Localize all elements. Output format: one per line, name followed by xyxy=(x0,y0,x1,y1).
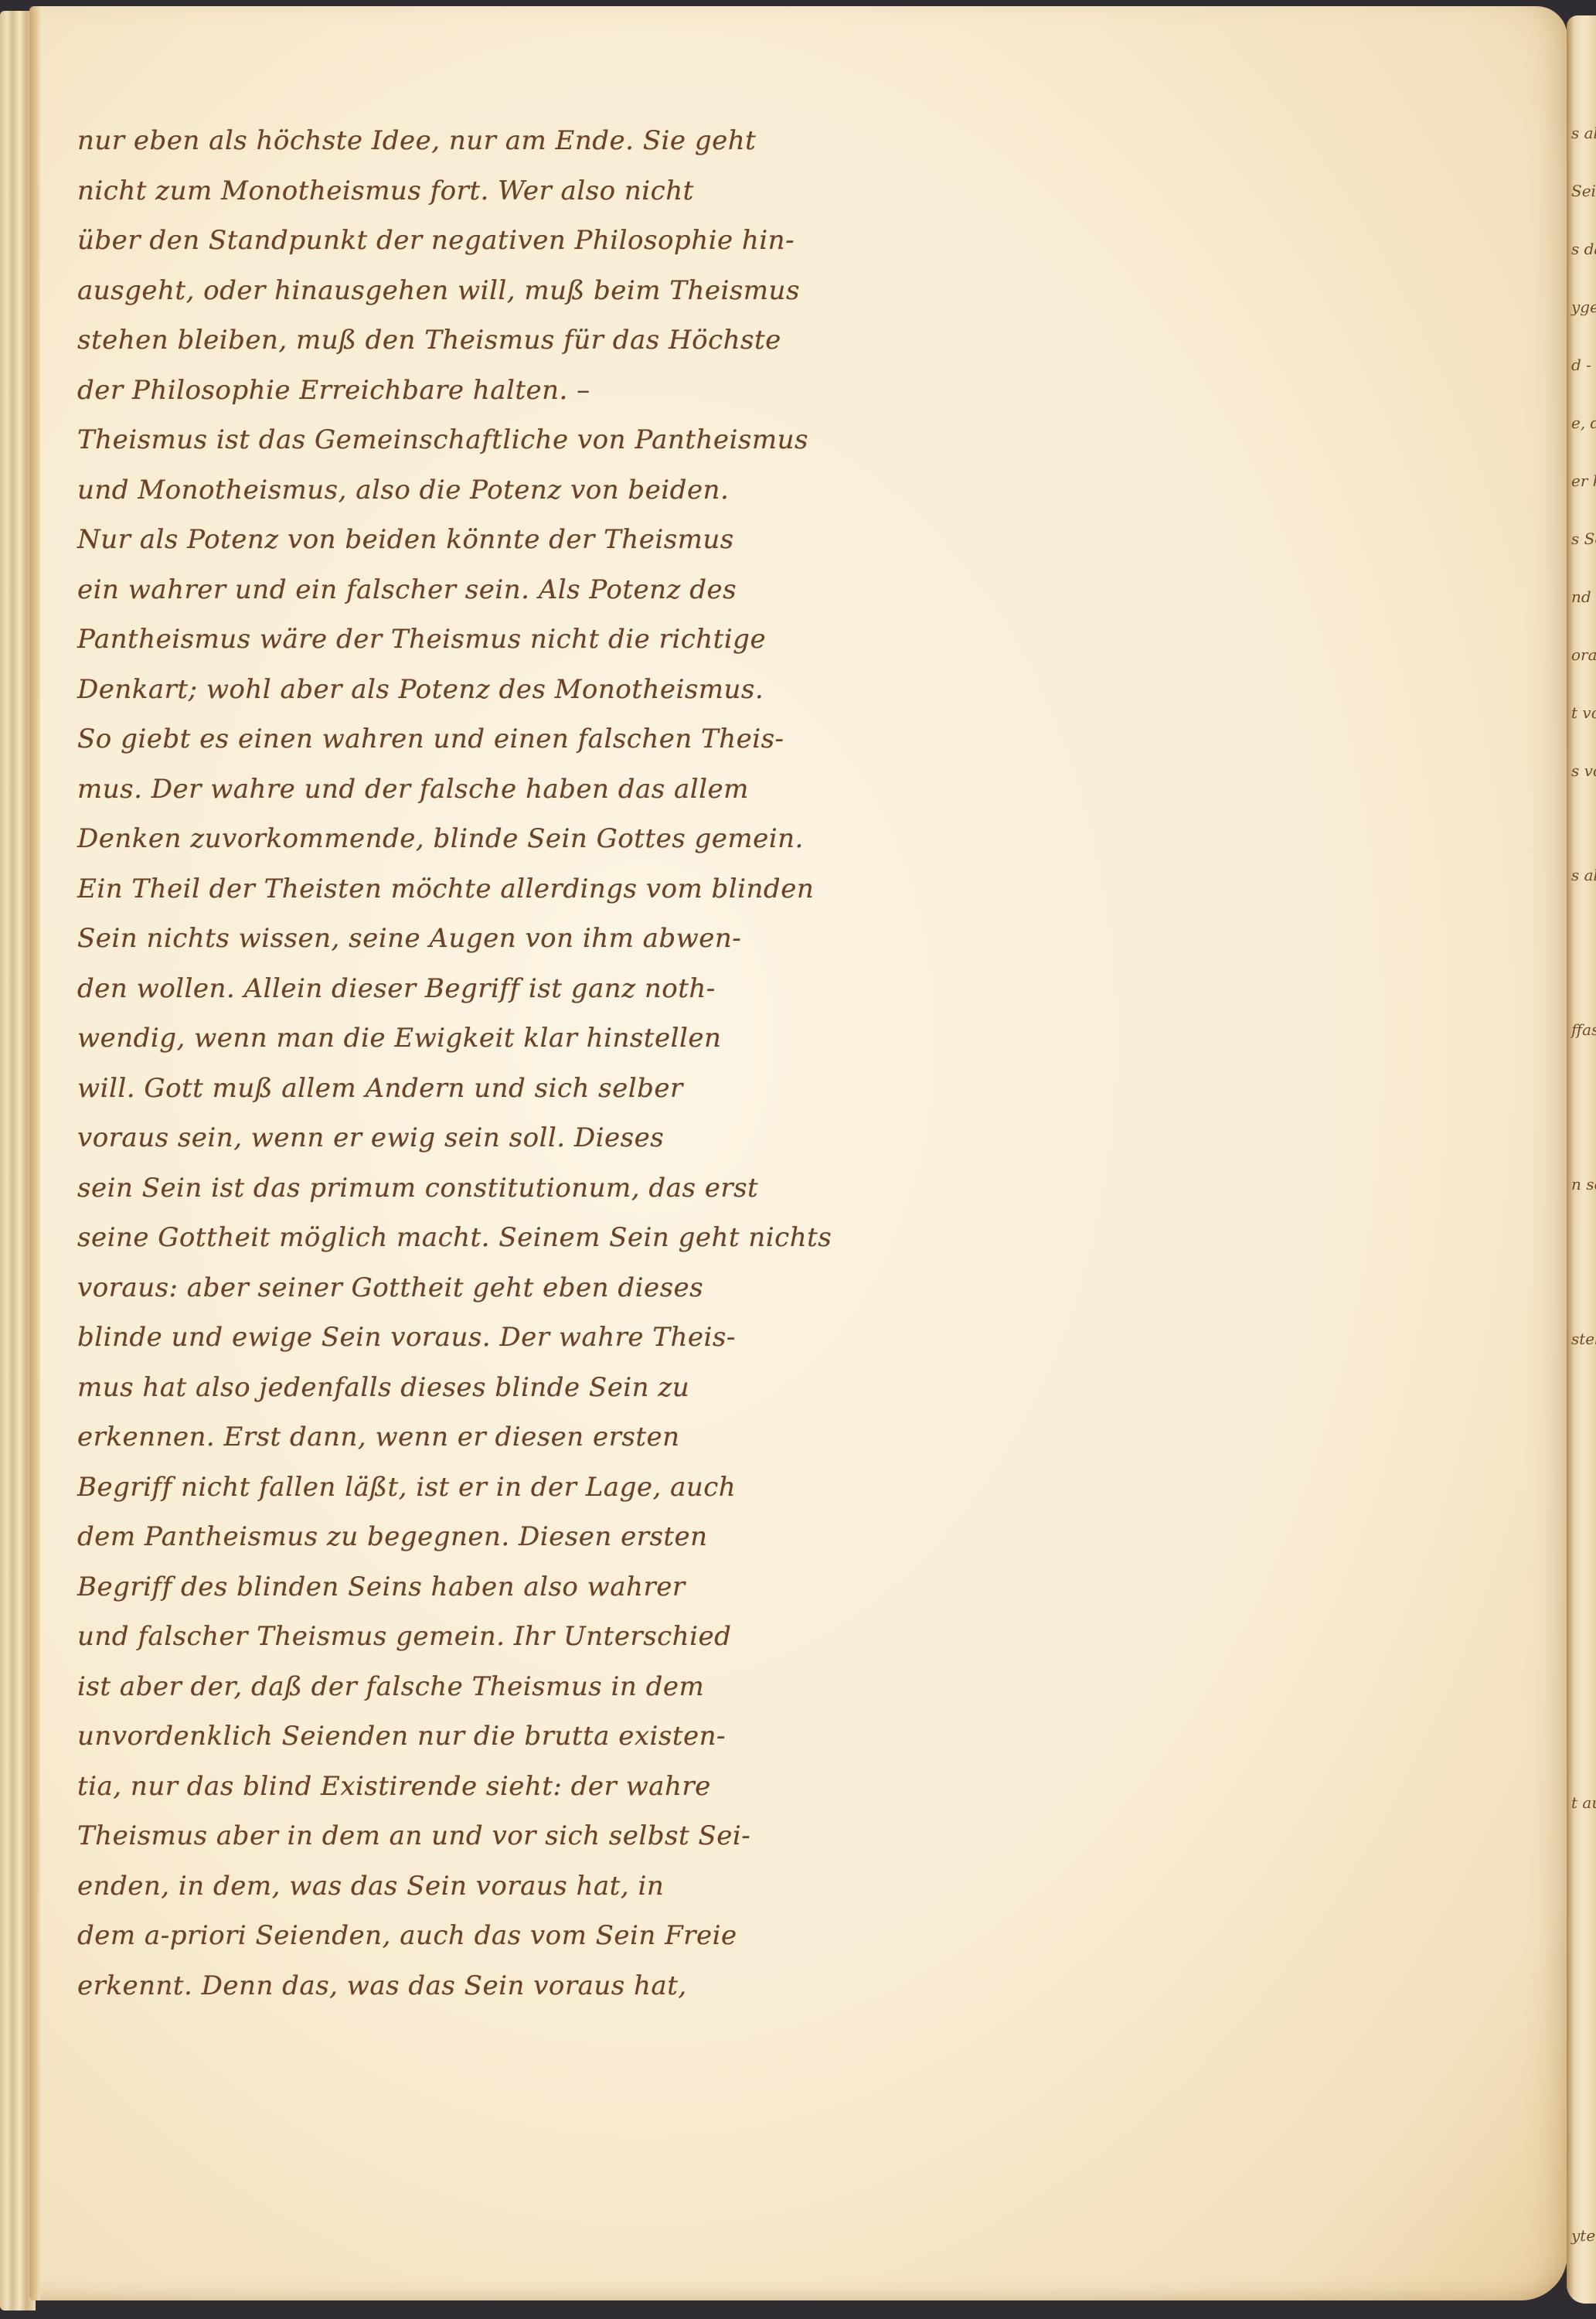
text-line: Begriff des blinden Seins haben also wah… xyxy=(77,1562,897,1612)
text-line: seine Gottheit möglich macht. Seinem Sei… xyxy=(77,1213,897,1263)
manuscript-page: nur eben als höchste Idee, nur am Ende. … xyxy=(29,6,1567,2300)
text-line: Theismus aber in dem an und vor sich sel… xyxy=(77,1811,897,1861)
text-line: So giebt es einen wahren und einen falsc… xyxy=(77,714,897,764)
margin-fragment: d - und xyxy=(1571,356,1596,374)
manuscript-scan: nur eben als höchste Idee, nur am Ende. … xyxy=(0,0,1596,2319)
margin-fragment: Sei xyxy=(1571,182,1596,200)
text-line: Pantheismus wäre der Theismus nicht die … xyxy=(77,615,897,665)
text-line: unvordenklich Seienden nur die brutta ex… xyxy=(77,1711,897,1762)
text-line: erkennen. Erst dann, wenn er diesen erst… xyxy=(77,1412,897,1463)
text-line: enden, in dem, was das Sein voraus hat, … xyxy=(77,1861,897,1912)
handwritten-text-block: nur eben als höchste Idee, nur am Ende. … xyxy=(77,116,897,2011)
text-line: dem a-priori Seienden, auch das vom Sein… xyxy=(77,1911,897,1961)
page-gutter-edge xyxy=(29,6,40,2300)
text-line: sein Sein ist das primum constitutionum,… xyxy=(77,1163,897,1214)
margin-fragment: n so xyxy=(1571,1175,1596,1194)
text-line: wendig, wenn man die Ewigkeit klar hinst… xyxy=(77,1013,897,1064)
margin-fragment: e, des xyxy=(1571,414,1596,432)
text-line: voraus sein, wenn er ewig sein soll. Die… xyxy=(77,1113,897,1163)
text-line: tia, nur das blind Existirende sieht: de… xyxy=(77,1762,897,1812)
text-line: den wollen. Allein dieser Begriff ist ga… xyxy=(77,964,897,1014)
text-line: mus hat also jedenfalls dieses blinde Se… xyxy=(77,1363,897,1413)
text-line: voraus: aber seiner Gottheit geht eben d… xyxy=(77,1263,897,1313)
margin-fragment: s all xyxy=(1571,866,1596,884)
margin-fragment: yter xyxy=(1571,2226,1596,2245)
margin-fragment: s also xyxy=(1571,124,1596,142)
text-line: blinde und ewige Sein voraus. Der wahre … xyxy=(77,1313,897,1363)
text-line: Denkart; wohl aber als Potenz des Monoth… xyxy=(77,665,897,715)
text-line: Nur als Potenz von beiden könnte der The… xyxy=(77,515,897,565)
adjacent-page-edge: s also Sei s das ygeist d - und e, des e… xyxy=(1567,15,1596,2304)
text-line: Ein Theil der Theisten möchte allerdings… xyxy=(77,864,897,914)
text-line: und falscher Theismus gemein. Ihr Unters… xyxy=(77,1612,897,1662)
margin-fragment: oraus xyxy=(1571,645,1596,664)
margin-fragment: t voll xyxy=(1571,703,1596,722)
text-line: dem Pantheismus zu begegnen. Diesen erst… xyxy=(77,1512,897,1562)
margin-fragment: s von xyxy=(1571,761,1596,780)
text-line: will. Gott muß allem Andern und sich sel… xyxy=(77,1064,897,1114)
text-line: der Philosophie Erreichbare halten. – xyxy=(77,366,897,416)
text-line: mus. Der wahre und der falsche haben das… xyxy=(77,764,897,815)
margin-fragment: s das xyxy=(1571,240,1596,258)
text-line: nur eben als höchste Idee, nur am Ende. … xyxy=(77,116,897,166)
text-line: erkennt. Denn das, was das Sein voraus h… xyxy=(77,1961,897,2011)
text-line: und Monotheismus, also die Potenz von be… xyxy=(77,465,897,516)
text-line: Sein nichts wissen, seine Augen von ihm … xyxy=(77,914,897,964)
margin-fragment: s Sein xyxy=(1571,530,1596,548)
text-line: stehen bleiben, muß den Theismus für das… xyxy=(77,315,897,366)
margin-fragment: ffas xyxy=(1571,1020,1596,1039)
margin-fragment: stelle xyxy=(1571,1330,1596,1348)
margin-fragment: t auf xyxy=(1571,1793,1596,1812)
text-line: Theismus ist das Gemeinschaftliche von P… xyxy=(77,415,897,465)
text-line: über den Standpunkt der negativen Philos… xyxy=(77,216,897,266)
text-line: nicht zum Monotheismus fort. Wer also ni… xyxy=(77,166,897,216)
margin-fragment: ygeist xyxy=(1571,298,1596,316)
text-line: ein wahrer und ein falscher sein. Als Po… xyxy=(77,565,897,615)
text-line: ausgeht, oder hinausgehen will, muß beim… xyxy=(77,266,897,316)
margin-fragment: er kön xyxy=(1571,472,1596,490)
text-line: Denken zuvorkommende, blinde Sein Gottes… xyxy=(77,814,897,864)
text-line: Begriff nicht fallen läßt, ist er in der… xyxy=(77,1463,897,1513)
margin-fragment: nd bes xyxy=(1571,587,1596,606)
text-line: ist aber der, daß der falsche Theismus i… xyxy=(77,1662,897,1712)
